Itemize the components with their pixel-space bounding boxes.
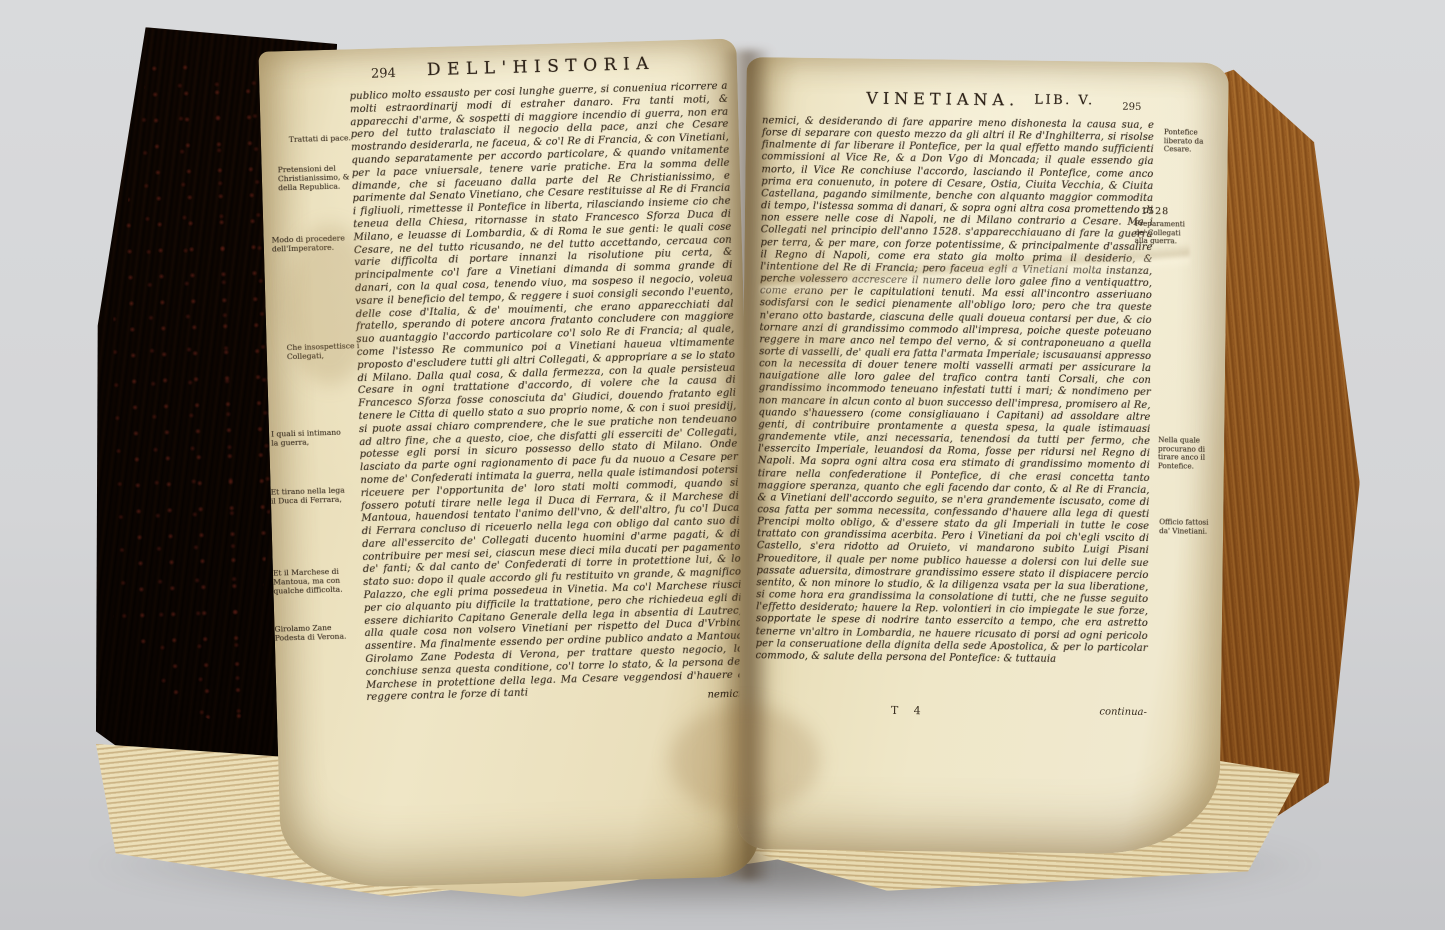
left-page-number: 294 (371, 66, 396, 82)
right-book-label: LIB. V. (1034, 93, 1095, 109)
left-body-text: publico molto essausto per cosi lunghe g… (350, 81, 745, 697)
left-page: 294 DELL'HISTORIA Trattati di pace. Pret… (258, 38, 759, 889)
margin-note: Officio fattosi da' Vinetiani. (1159, 518, 1219, 536)
signature-row: T 4 continua- (755, 702, 1147, 723)
gutter-shadow (720, 50, 772, 880)
margin-note: Nella quale procurano di tirare anco il … (1158, 436, 1218, 471)
margin-note: Pretensioni del Christianissimo, & della… (278, 163, 355, 193)
left-running-title: DELL'HISTORIA (427, 54, 656, 80)
margin-note: I quali si intimano la guerra, (271, 428, 347, 449)
margin-note: Et tirano nella lega il Duca di Ferrara, (271, 486, 347, 507)
right-catchword: continua- (1099, 706, 1147, 718)
margin-note: Pontefice liberato da Cesare. (1164, 128, 1224, 155)
right-page: VINETIANA. LIB. V. 295 Pontefice liberat… (737, 57, 1229, 855)
gathering-signature: T 4 (891, 704, 927, 717)
book: 294 DELL'HISTORIA Trattati di pace. Pret… (70, 15, 1340, 915)
margin-note: Girolamo Zane Podesta di Verona. (274, 622, 350, 643)
margin-note: Modo di procedere dell'Imperatore. (272, 233, 348, 254)
right-running-title: VINETIANA. (866, 89, 1019, 110)
right-page-number: 295 (1122, 102, 1141, 113)
margin-note: Che insospettisce i Collegati, (287, 341, 363, 362)
right-body-text: nemici, & desiderando di fare apparire m… (755, 115, 1154, 706)
margin-note: Et il Marchese di Mantoua, ma con qualch… (273, 567, 350, 597)
photo-background: { "photo": { "subject": "antique printed… (0, 0, 1445, 930)
